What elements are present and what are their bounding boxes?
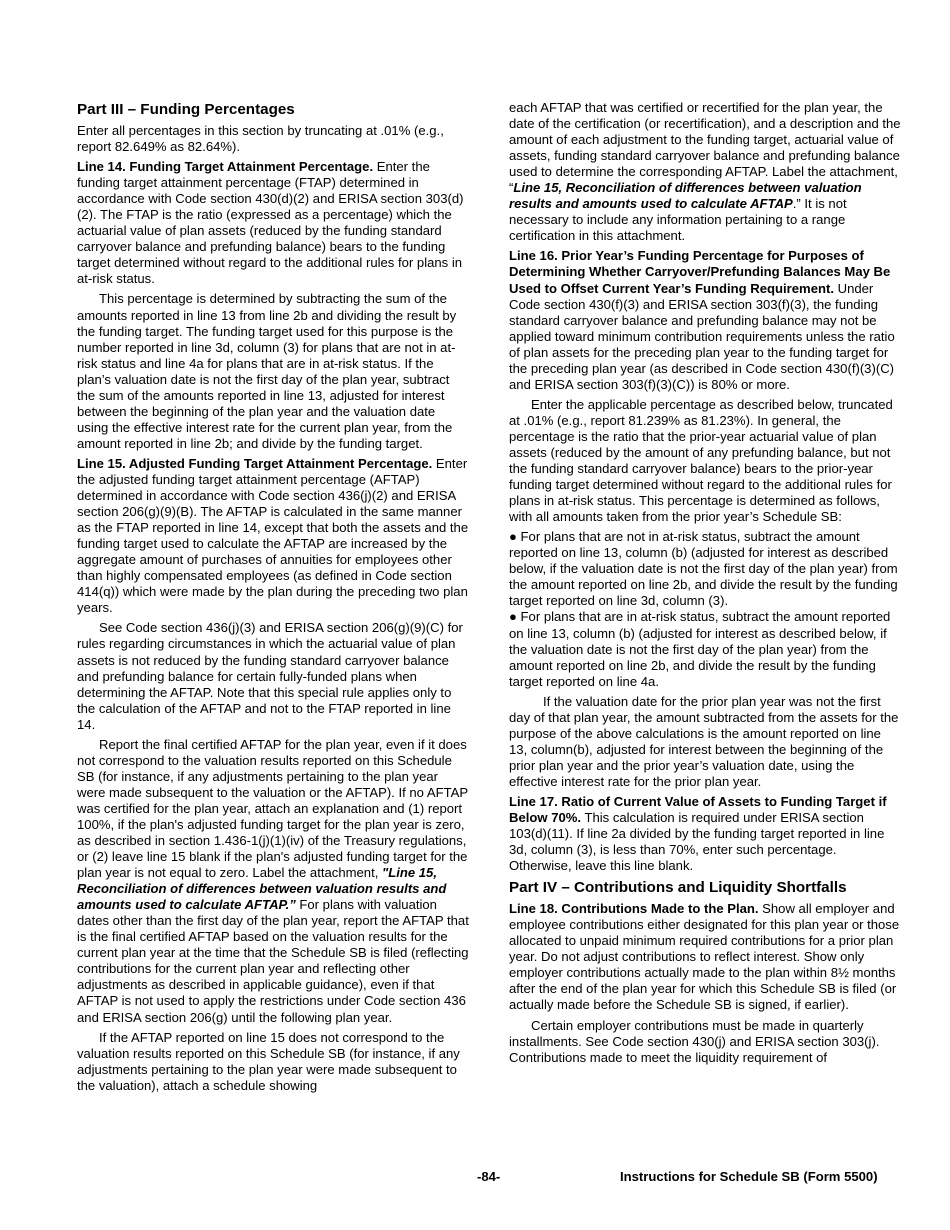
line14-paragraph: Line 14. Funding Target Attainment Perce…	[77, 159, 469, 287]
line18-paragraph-2: Certain employer contributions must be m…	[509, 1018, 901, 1066]
continuation-paragraph: each AFTAP that was certified or recerti…	[509, 100, 901, 244]
line16-paragraph-2: Enter the applicable percentage as descr…	[509, 397, 901, 525]
bullet-not-at-risk: ● For plans that are not in at-risk stat…	[509, 529, 901, 609]
line15-paragraph-4: If the AFTAP reported on line 15 does no…	[77, 1030, 469, 1094]
line15-paragraph-2: See Code section 436(j)(3) and ERISA sec…	[77, 620, 469, 732]
part3-intro: Enter all percentages in this section by…	[77, 123, 469, 155]
document-title: Instructions for Schedule SB (Form 5500)	[620, 1169, 878, 1184]
line16-paragraph-3: If the valuation date for the prior plan…	[509, 694, 901, 790]
line15-paragraph-3: Report the final certified AFTAP for the…	[77, 737, 469, 1026]
line15-title: Line 15. Adjusted Funding Target Attainm…	[77, 456, 432, 471]
part4-heading: Part IV – Contributions and Liquidity Sh…	[509, 878, 901, 897]
line17-paragraph: Line 17. Ratio of Current Value of Asset…	[509, 794, 901, 874]
right-column: each AFTAP that was certified or recerti…	[509, 100, 901, 1070]
line18-paragraph: Line 18. Contributions Made to the Plan.…	[509, 901, 901, 1013]
line14-title: Line 14. Funding Target Attainment Perce…	[77, 159, 373, 174]
page-number: -84-	[477, 1169, 500, 1184]
left-column: Part III – Funding Percentages Enter all…	[77, 100, 469, 1098]
part3-heading: Part III – Funding Percentages	[77, 100, 469, 119]
bullet-at-risk: ● For plans that are in at-risk status, …	[509, 609, 901, 689]
line15-paragraph: Line 15. Adjusted Funding Target Attainm…	[77, 456, 469, 616]
line14-paragraph-2: This percentage is determined by subtrac…	[77, 291, 469, 451]
line18-title: Line 18. Contributions Made to the Plan.	[509, 901, 759, 916]
line16-paragraph: Line 16. Prior Year’s Funding Percentage…	[509, 248, 901, 392]
